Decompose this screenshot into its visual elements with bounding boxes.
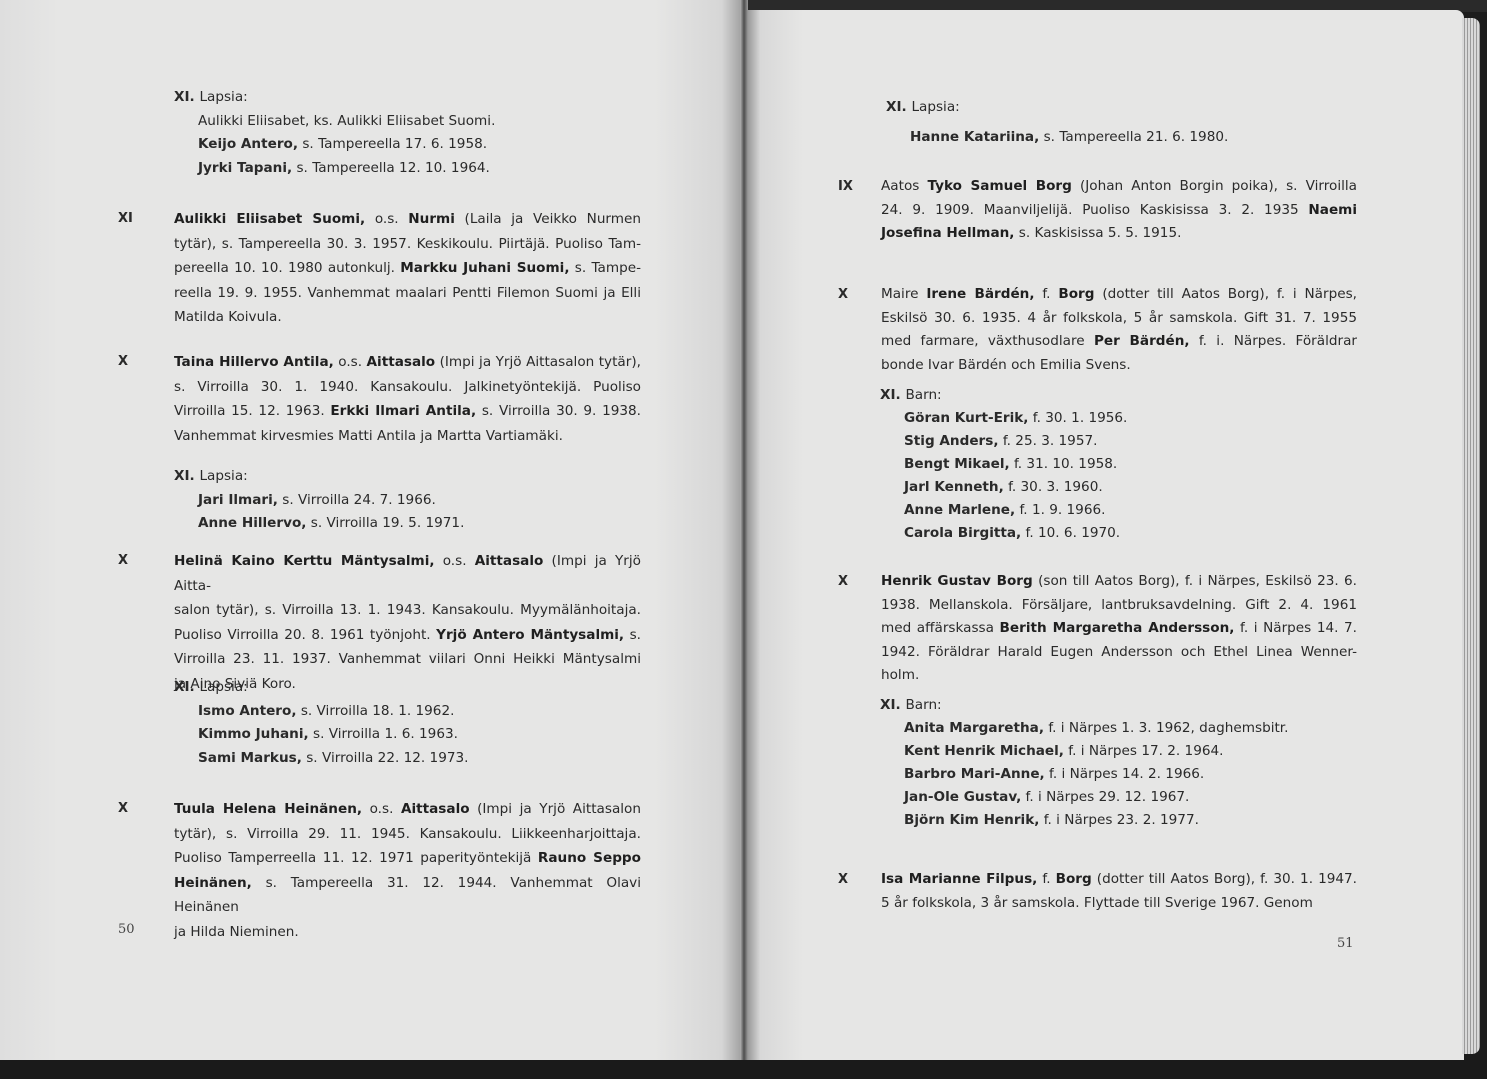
generation-marker: X [118,549,128,574]
bold-name: Naemi [1308,202,1357,218]
text-span: s. Virroilla 30. 9. 1938. [476,403,641,419]
children-heading: XI. Lapsia: [174,465,614,489]
children-label: Barn: [905,387,941,403]
text-span: (Impi ja Yrjö Aittasalon tytär), [435,354,641,370]
child-item: Sami Markus, s. Virroilla 22. 12. 1973. [174,747,614,771]
child-name: Jan-Ole Gustav, [904,789,1021,805]
text-span: o.s. [362,801,401,817]
child-item: Göran Kurt-Erik, f. 30. 1. 1956. [880,407,1320,430]
text-span: f. [1035,286,1059,302]
child-item: Anne Hillervo, s. Virroilla 19. 5. 1971. [174,512,614,536]
child-item: Stig Anders, f. 25. 3. 1957. [880,430,1320,453]
text-span: salon tytär), s. Virroilla 13. 1. 1943. … [174,602,641,618]
text-span: holm. [881,667,919,683]
text-span: Puoliso Tamperreella 11. 12. 1971 paperi… [174,850,538,866]
entry-line: 24. 9. 1909. Maanviljelijä. Puoliso Kask… [881,199,1357,223]
text-span: s. Tampe- [570,260,641,276]
text-span: Aatos [881,178,927,194]
text-span: o.s. [365,211,408,227]
generation-marker: X [838,868,848,892]
child-details: s. Tampereella 12. 10. 1964. [292,160,490,176]
entry-line: med farmare, växthusodlare Per Bärdén, f… [881,330,1357,354]
background-bottom [0,1060,1487,1079]
child-name: Anita Margaretha, [904,720,1044,736]
text-span: Maire [881,286,926,302]
bold-name: Aulikki Eliisabet Suomi, [174,211,365,227]
child-item: Aulikki Eliisabet, ks. Aulikki Eliisabet… [174,110,634,134]
child-item: Keijo Antero, s. Tampereella 17. 6. 1958… [174,133,634,157]
entry-line: Aulikki Eliisabet Suomi, o.s. Nurmi (Lai… [174,207,641,232]
text-span: pereella 10. 10. 1980 autonkulj. [174,260,400,276]
entry-line: Aatos Tyko Samuel Borg (Johan Anton Borg… [881,175,1357,199]
entry-line: 1942. Föräldrar Harald Eugen Andersson o… [881,641,1357,665]
child-item: Bengt Mikael, f. 31. 10. 1958. [880,453,1320,476]
text-span: ja Hilda Nieminen. [174,924,299,940]
children-heading: XI. Lapsia: [174,676,614,700]
generation-label: XI. [880,697,905,713]
text-span: (Laila ja Veikko Nurmen [455,211,641,227]
bold-name: Erkki Ilmari Antila, [330,403,476,419]
page-edges [1462,18,1480,1054]
children-list: XI. Lapsia:Aulikki Eliisabet, ks. Aulikk… [174,86,634,180]
entry-text: Aulikki Eliisabet Suomi, o.s. Nurmi (Lai… [174,207,641,330]
generation-marker: IX [838,175,853,199]
entry-line: Heinänen, s. Tampereella 31. 12. 1944. V… [174,871,641,920]
child-name: Jari Ilmari, [198,492,278,508]
child-details: s. Tampereella 21. 6. 1980. [1039,129,1228,145]
child-details: f. 30. 3. 1960. [1004,479,1103,495]
generation-label: XI. [880,387,905,403]
child-item: Jarl Kenneth, f. 30. 3. 1960. [880,476,1320,499]
entry-line: Josefina Hellman, s. Kaskisissa 5. 5. 19… [881,222,1357,246]
entry-line: Eskilsö 30. 6. 1935. 4 år folkskola, 5 å… [881,307,1357,331]
children-list: XI. Lapsia:Jari Ilmari, s. Virroilla 24.… [174,465,614,536]
entry-line: holm. [881,664,1357,688]
entry-text: Maire Irene Bärdén, f. Borg (dotter till… [881,283,1357,377]
child-name: Kent Henrik Michael, [904,743,1064,759]
entry-line: tytär), s. Virroilla 29. 11. 1945. Kansa… [174,822,641,847]
bold-name: Isa Marianne Filpus, [881,871,1037,887]
child-name: Bengt Mikael, [904,456,1010,472]
entry-line: Henrik Gustav Borg (son till Aatos Borg)… [881,570,1357,594]
children-heading: XI. Barn: [880,694,1320,717]
child-name: Jarl Kenneth, [904,479,1004,495]
children-heading: XI. Barn: [880,384,1320,407]
entry-text: Aatos Tyko Samuel Borg (Johan Anton Borg… [881,175,1357,246]
children-label: Lapsia: [199,679,247,695]
entry-line: Puoliso Tamperreella 11. 12. 1971 paperi… [174,846,641,871]
entry-line: salon tytär), s. Virroilla 13. 1. 1943. … [174,598,641,623]
children-label: Lapsia: [911,99,959,115]
child-details: f. 1. 9. 1966. [1015,502,1105,518]
child-details: f. i Närpes 1. 3. 1962, daghemsbitr. [1044,720,1288,736]
bold-name: Josefina Hellman, [881,225,1014,241]
bold-name: Borg [1056,871,1092,887]
entry-line: Vanhemmat kirvesmies Matti Antila ja Mar… [174,424,641,449]
text-span: tytär), s. Virroilla 29. 11. 1945. Kansa… [174,826,641,842]
child-details: s. Virroilla 1. 6. 1963. [309,726,458,742]
text-span: o.s. [334,354,367,370]
text-span: bonde Ivar Bärdén och Emilia Svens. [881,357,1131,373]
child-details: f. 30. 1. 1956. [1028,410,1127,426]
entry-line: Virroilla 15. 12. 1963. Erkki Ilmari Ant… [174,399,641,424]
bold-name: Aittasalo [367,354,436,370]
text-span: (dotter till Aatos Borg), f. 30. 1. 1947… [1092,871,1357,887]
text-span: (dotter till Aatos Borg), f. i Närpes, [1095,286,1357,302]
child-name: Carola Birgitta, [904,525,1021,541]
generation-label: XI. [174,679,199,695]
child-details: s. Virroilla 22. 12. 1973. [302,750,469,766]
entry-line: Isa Marianne Filpus, f. Borg (dotter til… [881,868,1357,892]
generation-marker: X [838,570,848,594]
entry-line: Taina Hillervo Antila, o.s. Aittasalo (I… [174,350,641,375]
text-span: tytär), s. Tampereella 30. 3. 1957. Kesk… [174,236,641,252]
entry-line: ja Hilda Nieminen. [174,920,641,945]
generation-label: XI. [886,99,911,115]
child-name: Ismo Antero, [198,703,297,719]
children-label: Barn: [905,697,941,713]
text-span: f. [1037,871,1055,887]
entry-line: tytär), s. Tampereella 30. 3. 1957. Kesk… [174,232,641,257]
entry-line: Matilda Koivula. [174,305,641,330]
child-name: Anne Marlene, [904,502,1015,518]
child-details: f. i Närpes 23. 2. 1977. [1039,812,1199,828]
child-name: Keijo Antero, [198,136,298,152]
children-list: XI. Lapsia:Ismo Antero, s. Virroilla 18.… [174,676,614,770]
children-label: Lapsia: [199,468,247,484]
child-item: Jyrki Tapani, s. Tampereella 12. 10. 196… [174,157,634,181]
text-span: f. i Närpes 14. 7. [1234,620,1357,636]
bold-name: Berith Margaretha Andersson, [1000,620,1235,636]
text-span: Vanhemmat kirvesmies Matti Antila ja Mar… [174,428,563,444]
bold-name: Nurmi [408,211,455,227]
bold-name: Taina Hillervo Antila, [174,354,334,370]
child-details: s. Tampereella 17. 6. 1958. [298,136,487,152]
child-item: Hanne Katariina, s. Tampereella 21. 6. 1… [886,122,1326,152]
entry-text: Tuula Helena Heinänen, o.s. Aittasalo (I… [174,797,641,944]
child-item: Anita Margaretha, f. i Närpes 1. 3. 1962… [880,717,1320,740]
child-name: Jyrki Tapani, [198,160,292,176]
text-span: Puoliso Virroilla 20. 8. 1961 työnjoht. [174,627,436,643]
children-label: Lapsia: [199,89,247,105]
entry-line: Puoliso Virroilla 20. 8. 1961 työnjoht. … [174,623,641,648]
bold-name: Tuula Helena Heinänen, [174,801,362,817]
child-name: Anne Hillervo, [198,515,306,531]
bold-name: Henrik Gustav Borg [881,573,1033,589]
bold-name: Per Bärdén, [1094,333,1190,349]
entry-line: med affärskassa Berith Margaretha Anders… [881,617,1357,641]
text-span: s. Virroilla 30. 1. 1940. Kansakoulu. Ja… [174,379,641,395]
children-list: XI. Barn:Anita Margaretha, f. i Närpes 1… [880,694,1320,832]
text-span: o.s. [435,553,475,569]
entry-line: bonde Ivar Bärdén och Emilia Svens. [881,354,1357,378]
generation-marker: XI [118,207,133,232]
generation-marker: X [838,283,848,307]
bold-name: Aittasalo [475,553,544,569]
text-span: Virroilla 15. 12. 1963. [174,403,330,419]
text-span: Eskilsö 30. 6. 1935. 4 år folkskola, 5 å… [881,310,1357,326]
child-name: Göran Kurt-Erik, [904,410,1028,426]
bold-name: Aittasalo [401,801,470,817]
entry-line: Tuula Helena Heinänen, o.s. Aittasalo (I… [174,797,641,822]
child-details: f. 10. 6. 1970. [1021,525,1120,541]
page-number-left: 50 [118,922,135,937]
generation-marker: X [118,350,128,375]
child-details: Aulikki Eliisabet, ks. Aulikki Eliisabet… [198,113,495,129]
entry-line: 1938. Mellanskola. Försäljare, lantbruks… [881,594,1357,618]
child-item: Carola Birgitta, f. 10. 6. 1970. [880,522,1320,545]
child-item: Björn Kim Henrik, f. i Närpes 23. 2. 197… [880,809,1320,832]
text-span: (son till Aatos Borg), f. i Närpes, Eski… [1033,573,1357,589]
generation-marker: X [118,797,128,822]
text-span: (Johan Anton Borgin poika), s. Virroilla [1072,178,1357,194]
bold-name: Yrjö Antero Mäntysalmi, [436,627,624,643]
entry-line: Virroilla 23. 11. 1937. Vanhemmat viilar… [174,647,641,672]
text-span: med affärskassa [881,620,1000,636]
child-name: Barbro Mari-Anne, [904,766,1045,782]
child-details: f. i Närpes 14. 2. 1966. [1045,766,1205,782]
child-name: Hanne Katariina, [910,129,1039,145]
child-item: Ismo Antero, s. Virroilla 18. 1. 1962. [174,700,614,724]
child-details: f. 31. 10. 1958. [1010,456,1118,472]
children-heading: XI. Lapsia: [886,92,1326,122]
child-name: Kimmo Juhani, [198,726,309,742]
text-span: Virroilla 23. 11. 1937. Vanhemmat viilar… [174,651,641,667]
entry-text: Henrik Gustav Borg (son till Aatos Borg)… [881,570,1357,688]
text-span: (Impi ja Yrjö Aittasalon [470,801,641,817]
child-details: s. Virroilla 19. 5. 1971. [306,515,464,531]
text-span: 24. 9. 1909. Maanviljelijä. Puoliso Kask… [881,202,1308,218]
entry-text: Helinä Kaino Kerttu Mäntysalmi, o.s. Ait… [174,549,641,696]
bold-name: Heinänen, [174,875,252,891]
child-item: Barbro Mari-Anne, f. i Närpes 14. 2. 196… [880,763,1320,786]
child-item: Kimmo Juhani, s. Virroilla 1. 6. 1963. [174,723,614,747]
entry-text: Taina Hillervo Antila, o.s. Aittasalo (I… [174,350,641,448]
child-details: s. Virroilla 18. 1. 1962. [297,703,455,719]
entry-text: Isa Marianne Filpus, f. Borg (dotter til… [881,868,1357,915]
bold-name: Borg [1058,286,1094,302]
text-span: 5 år folkskola, 3 år samskola. Flyttade … [881,895,1313,911]
text-span: s. [624,627,641,643]
page-number-right: 51 [1337,936,1354,951]
child-details: f. i Närpes 17. 2. 1964. [1064,743,1224,759]
generation-label: XI. [174,89,199,105]
children-heading: XI. Lapsia: [174,86,634,110]
child-name: Sami Markus, [198,750,302,766]
child-name: Björn Kim Henrik, [904,812,1039,828]
entry-line: Maire Irene Bärdén, f. Borg (dotter till… [881,283,1357,307]
text-span: 1938. Mellanskola. Försäljare, lantbruks… [881,597,1357,613]
bold-name: Helinä Kaino Kerttu Mäntysalmi, [174,553,435,569]
bold-name: Markku Juhani Suomi, [400,260,569,276]
entry-line: reella 19. 9. 1955. Vanhemmat maalari Pe… [174,281,641,306]
text-span: s. Kaskisissa 5. 5. 1915. [1014,225,1181,241]
text-span: Matilda Koivula. [174,309,282,325]
entry-line: 5 år folkskola, 3 år samskola. Flyttade … [881,892,1357,916]
text-span: f. i. Närpes. Föräldrar [1190,333,1357,349]
entry-line: pereella 10. 10. 1980 autonkulj. Markku … [174,256,641,281]
bold-name: Tyko Samuel Borg [927,178,1071,194]
generation-label: XI. [174,468,199,484]
child-details: f. 25. 3. 1957. [999,433,1098,449]
child-item: Jari Ilmari, s. Virroilla 24. 7. 1966. [174,489,614,513]
child-item: Kent Henrik Michael, f. i Närpes 17. 2. … [880,740,1320,763]
child-item: Anne Marlene, f. 1. 9. 1966. [880,499,1320,522]
children-list: XI. Barn:Göran Kurt-Erik, f. 30. 1. 1956… [880,384,1320,545]
child-details: s. Virroilla 24. 7. 1966. [278,492,436,508]
child-name: Stig Anders, [904,433,999,449]
bold-name: Irene Bärdén, [926,286,1034,302]
entry-line: s. Virroilla 30. 1. 1940. Kansakoulu. Ja… [174,375,641,400]
text-span: 1942. Föräldrar Harald Eugen Andersson o… [881,644,1357,660]
text-span: reella 19. 9. 1955. Vanhemmat maalari Pe… [174,285,641,301]
child-details: f. i Närpes 29. 12. 1967. [1021,789,1189,805]
children-list: XI. Lapsia:Hanne Katariina, s. Tampereel… [886,92,1326,152]
child-item: Jan-Ole Gustav, f. i Närpes 29. 12. 1967… [880,786,1320,809]
book-spine [740,0,748,1060]
bold-name: Rauno Seppo [538,850,641,866]
entry-line: Helinä Kaino Kerttu Mäntysalmi, o.s. Ait… [174,549,641,598]
text-span: med farmare, växthusodlare [881,333,1094,349]
